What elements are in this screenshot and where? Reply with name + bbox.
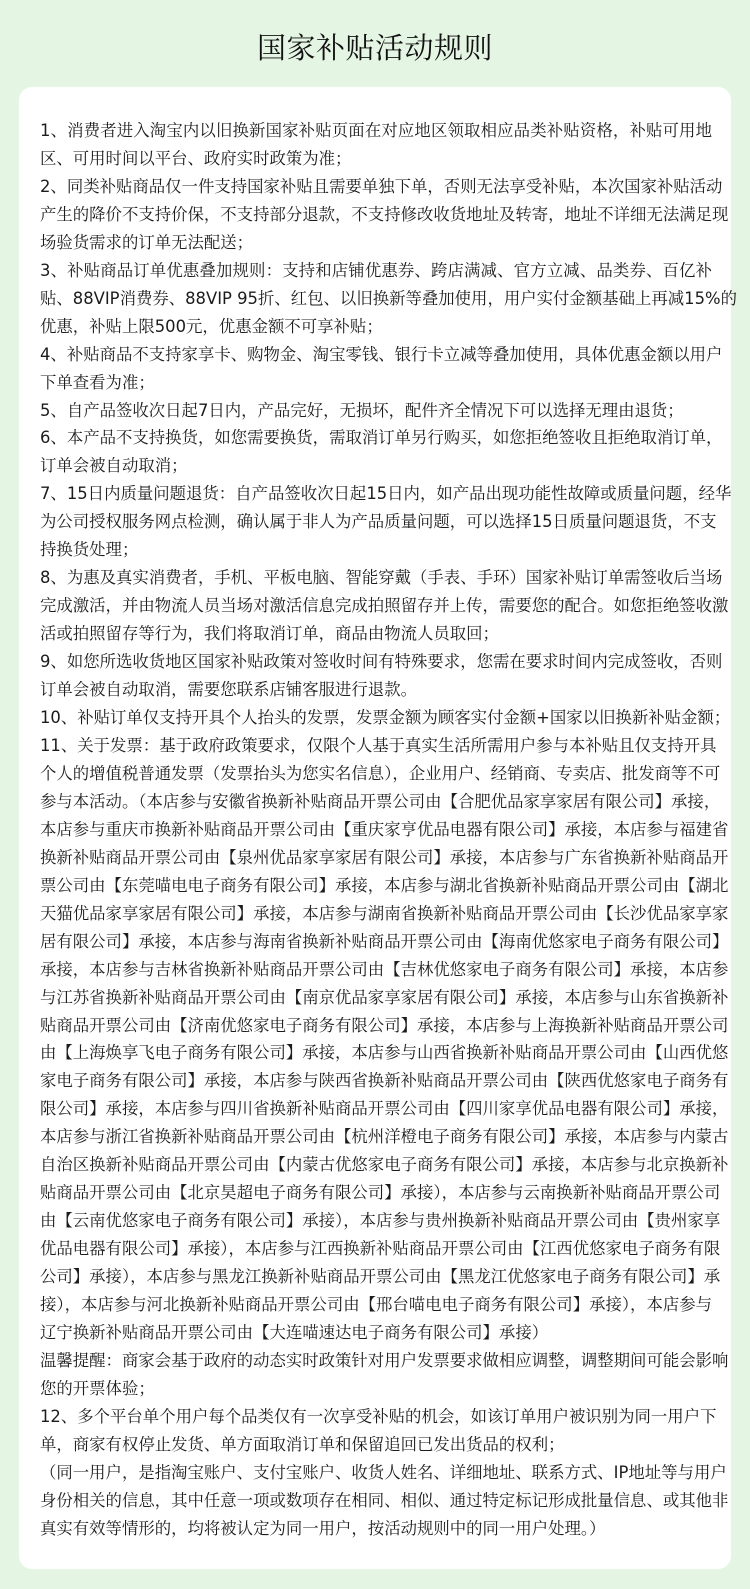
rule-line: 本店参与重庆市换新补贴商品开票公司由【重庆家亨优品电器有限公司】承接，本店参与福… xyxy=(40,816,712,844)
rule-paragraph-rule-1: 1、消费者进入淘宝内以旧换新国家补贴页面在对应地区领取相应品类补贴资格，补贴可用… xyxy=(40,117,720,173)
rule-line: 居有限公司】承接，本店参与海南省换新补贴商品开票公司由【海南优悠家电子商务有限公… xyxy=(40,928,712,956)
rule-line: 公司】承接），本店参与黑龙江换新补贴商品开票公司由【黑龙江优悠家电子商务有限公司… xyxy=(40,1263,712,1291)
rule-line: 换新补贴商品开票公司由【泉州优品家享家居有限公司】承接，本店参与广东省换新补贴商… xyxy=(40,844,712,872)
rule-line: 限公司】承接，本店参与四川省换新补贴商品开票公司由【四川家享优品电器有限公司】承… xyxy=(40,1095,712,1123)
rule-line: 温馨提醒：商家会基于政府的动态实时政策针对用户发票要求做相应调整，调整期间可能会… xyxy=(40,1347,712,1375)
rule-line: 9、如您所选收货地区国家补贴政策对签收时间有特殊要求，您需在要求时间内完成签收，… xyxy=(40,648,712,676)
rule-line: 完成激活，并由物流人员当场对激活信息完成拍照留存并上传，需要您的配合。如您拒绝签… xyxy=(40,592,712,620)
rule-line: 由【云南优悠家电子商务有限公司】承接），本店参与贵州换新补贴商品开票公司由【贵州… xyxy=(40,1207,712,1235)
rule-line: 区、可用时间以平台、政府实时政策为准； xyxy=(40,145,720,173)
rule-line: 由【上海焕享飞电子商务有限公司】承接，本店参与山西省换新补贴商品开票公司由【山西… xyxy=(40,1039,712,1067)
rule-paragraph-rule-11: 11、关于发票：基于政府政策要求，仅限个人基于真实生活所需用户参与本补贴且仅支持… xyxy=(40,732,720,1347)
rule-line: 自治区换新补贴商品开票公司由【内蒙古优悠家电子商务有限公司】承接，本店参与北京换… xyxy=(40,1151,712,1179)
rule-line: 家电子商务有限公司】承接，本店参与陕西省换新补贴商品开票公司由【陕西优悠家电子商… xyxy=(40,1067,712,1095)
rule-line: 7、15日内质量问题退货：自产品签收次日起15日内，如产品出现功能性故障或质量问… xyxy=(40,480,712,508)
rule-line: 单，商家有权停止发货、单方面取消订单和保留追回已发出货品的权利； xyxy=(40,1431,720,1459)
rule-line: 为公司授权服务网点检测，确认属于非人为产品质量问题，可以选择15日质量问题退货，… xyxy=(40,508,712,536)
rule-line: 2、同类补贴商品仅一件支持国家补贴且需要单独下单，否则无法享受补贴，本次国家补贴… xyxy=(40,173,712,201)
rule-line: （同一用户，是指淘宝账户、支付宝账户、收货人姓名、详细地址、联系方式、IP地址等… xyxy=(40,1459,712,1487)
rule-line: 贴商品开票公司由【北京昊超电子商务有限公司】承接），本店参与云南换新补贴商品开票… xyxy=(40,1179,712,1207)
rule-paragraph-rule-4: 4、补贴商品不支持家享卡、购物金、淘宝零钱、银行卡立减等叠加使用，具体优惠金额以… xyxy=(40,341,720,397)
rule-line: 承接，本店参与吉林省换新补贴商品开票公司由【吉林优悠家电子商务有限公司】承接，本… xyxy=(40,956,712,984)
rule-line: 优品电器有限公司】承接），本店参与江西换新补贴商品开票公司由【江西优悠家电子商务… xyxy=(40,1235,712,1263)
rule-paragraph-rule-9: 9、如您所选收货地区国家补贴政策对签收时间有特殊要求，您需在要求时间内完成签收，… xyxy=(40,648,720,704)
rule-line: 活或拍照留存等行为，我们将取消订单，商品由物流人员取回； xyxy=(40,620,720,648)
rule-paragraph-rule-3: 3、补贴商品订单优惠叠加规则：支持和店铺优惠券、跨店满减、官方立减、品类券、百亿… xyxy=(40,257,720,341)
rule-line: 12、多个平台单个用户每个品类仅有一次享受补贴的机会，如该订单用户被识别为同一用… xyxy=(40,1403,712,1431)
rules-card: 1、消费者进入淘宝内以旧换新国家补贴页面在对应地区领取相应品类补贴资格，补贴可用… xyxy=(19,87,731,1569)
rule-line: 接），本店参与河北换新补贴商品开票公司由【邢台喵电电子商务有限公司】承接），本店… xyxy=(40,1291,712,1319)
rule-line: 8、为惠及真实消费者，手机、平板电脑、智能穿戴（手表、手环）国家补贴订单需签收后… xyxy=(40,564,712,592)
rule-line: 3、补贴商品订单优惠叠加规则：支持和店铺优惠券、跨店满减、官方立减、品类券、百亿… xyxy=(40,257,712,285)
rule-line: 持换货处理； xyxy=(40,536,720,564)
rule-paragraph-same-user-note: （同一用户，是指淘宝账户、支付宝账户、收货人姓名、详细地址、联系方式、IP地址等… xyxy=(40,1459,720,1543)
rule-line: 票公司由【东莞喵电电子商务有限公司】承接，本店参与湖北省换新补贴商品开票公司由【… xyxy=(40,872,712,900)
rule-line: 5、自产品签收次日起7日内，产品完好，无损坏，配件齐全情况下可以选择无理由退货； xyxy=(40,397,720,425)
rule-line: 4、补贴商品不支持家享卡、购物金、淘宝零钱、银行卡立减等叠加使用，具体优惠金额以… xyxy=(40,341,712,369)
rule-line: 6、本产品不支持换货，如您需要换货，需取消订单另行购买，如您拒绝签收且拒绝取消订… xyxy=(40,424,712,452)
rule-line: 产生的降价不支持价保，不支持部分退款，不支持修改收货地址及转寄，地址不详细无法满… xyxy=(40,201,712,229)
rule-line: 11、关于发票：基于政府政策要求，仅限个人基于真实生活所需用户参与本补贴且仅支持… xyxy=(40,732,712,760)
rule-line: 场验货需求的订单无法配送； xyxy=(40,229,720,257)
rule-paragraph-rule-6: 6、本产品不支持换货，如您需要换货，需取消订单另行购买，如您拒绝签收且拒绝取消订… xyxy=(40,424,720,480)
rule-line: 天猫优品家享家居有限公司】承接，本店参与湖南省换新补贴商品开票公司由【长沙优品家… xyxy=(40,900,712,928)
rule-line: 与江苏省换新补贴商品开票公司由【南京优品家享家居有限公司】承接，本店参与山东省换… xyxy=(40,984,712,1012)
rule-line: 身份相关的信息，其中任意一项或数项存在相同、相似、通过特定标记形成批量信息、或其… xyxy=(40,1487,712,1515)
rule-line: 订单会被自动取消，需要您联系店铺客服进行退款。 xyxy=(40,676,720,704)
rule-line: 优惠，补贴上限500元，优惠金额不可享补贴； xyxy=(40,313,720,341)
rule-paragraph-rule-12: 12、多个平台单个用户每个品类仅有一次享受补贴的机会，如该订单用户被识别为同一用… xyxy=(40,1403,720,1459)
rule-paragraph-rule-10: 10、补贴订单仅支持开具个人抬头的发票，发票金额为顾客实付金额+国家以旧换新补贴… xyxy=(40,704,720,732)
rule-line: 参与本活动。（本店参与安徽省换新补贴商品开票公司由【合肥优品家享家居有限公司】承… xyxy=(40,788,712,816)
rule-line: 本店参与浙江省换新补贴商品开票公司由【杭州洋橙电子商务有限公司】承接，本店参与内… xyxy=(40,1123,712,1151)
page-title: 国家补贴活动规则 xyxy=(0,26,750,70)
rule-line: 您的开票体验； xyxy=(40,1375,720,1403)
rule-line: 10、补贴订单仅支持开具个人抬头的发票，发票金额为顾客实付金额+国家以旧换新补贴… xyxy=(40,704,720,732)
rule-paragraph-rule-7: 7、15日内质量问题退货：自产品签收次日起15日内，如产品出现功能性故障或质量问… xyxy=(40,480,720,564)
rule-line: 贴、88VIP消费券、88VIP 95折、红包、以旧换新等叠加使用，用户实付金额… xyxy=(40,285,712,313)
rule-paragraph-rule-2: 2、同类补贴商品仅一件支持国家补贴且需要单独下单，否则无法享受补贴，本次国家补贴… xyxy=(40,173,720,257)
rule-paragraph-reminder: 温馨提醒：商家会基于政府的动态实时政策针对用户发票要求做相应调整，调整期间可能会… xyxy=(40,1347,720,1403)
rule-line: 1、消费者进入淘宝内以旧换新国家补贴页面在对应地区领取相应品类补贴资格，补贴可用… xyxy=(40,117,712,145)
rule-line: 贴商品开票公司由【济南优悠家电子商务有限公司】承接，本店参与上海换新补贴商品开票… xyxy=(40,1012,712,1040)
rule-line: 订单会被自动取消； xyxy=(40,452,720,480)
rule-line: 真实有效等情形的，均将被认定为同一用户，按活动规则中的同一用户处理。） xyxy=(40,1515,720,1543)
rule-paragraph-rule-5: 5、自产品签收次日起7日内，产品完好，无损坏，配件齐全情况下可以选择无理由退货； xyxy=(40,397,720,425)
rule-line: 下单查看为准； xyxy=(40,369,720,397)
rule-paragraph-rule-8: 8、为惠及真实消费者，手机、平板电脑、智能穿戴（手表、手环）国家补贴订单需签收后… xyxy=(40,564,720,648)
rule-line: 辽宁换新补贴商品开票公司由【大连喵速达电子商务有限公司】承接） xyxy=(40,1319,720,1347)
rule-line: 个人的增值税普通发票（发票抬头为您实名信息），企业用户、经销商、专卖店、批发商等… xyxy=(40,760,712,788)
rules-list: 1、消费者进入淘宝内以旧换新国家补贴页面在对应地区领取相应品类补贴资格，补贴可用… xyxy=(40,117,720,1543)
